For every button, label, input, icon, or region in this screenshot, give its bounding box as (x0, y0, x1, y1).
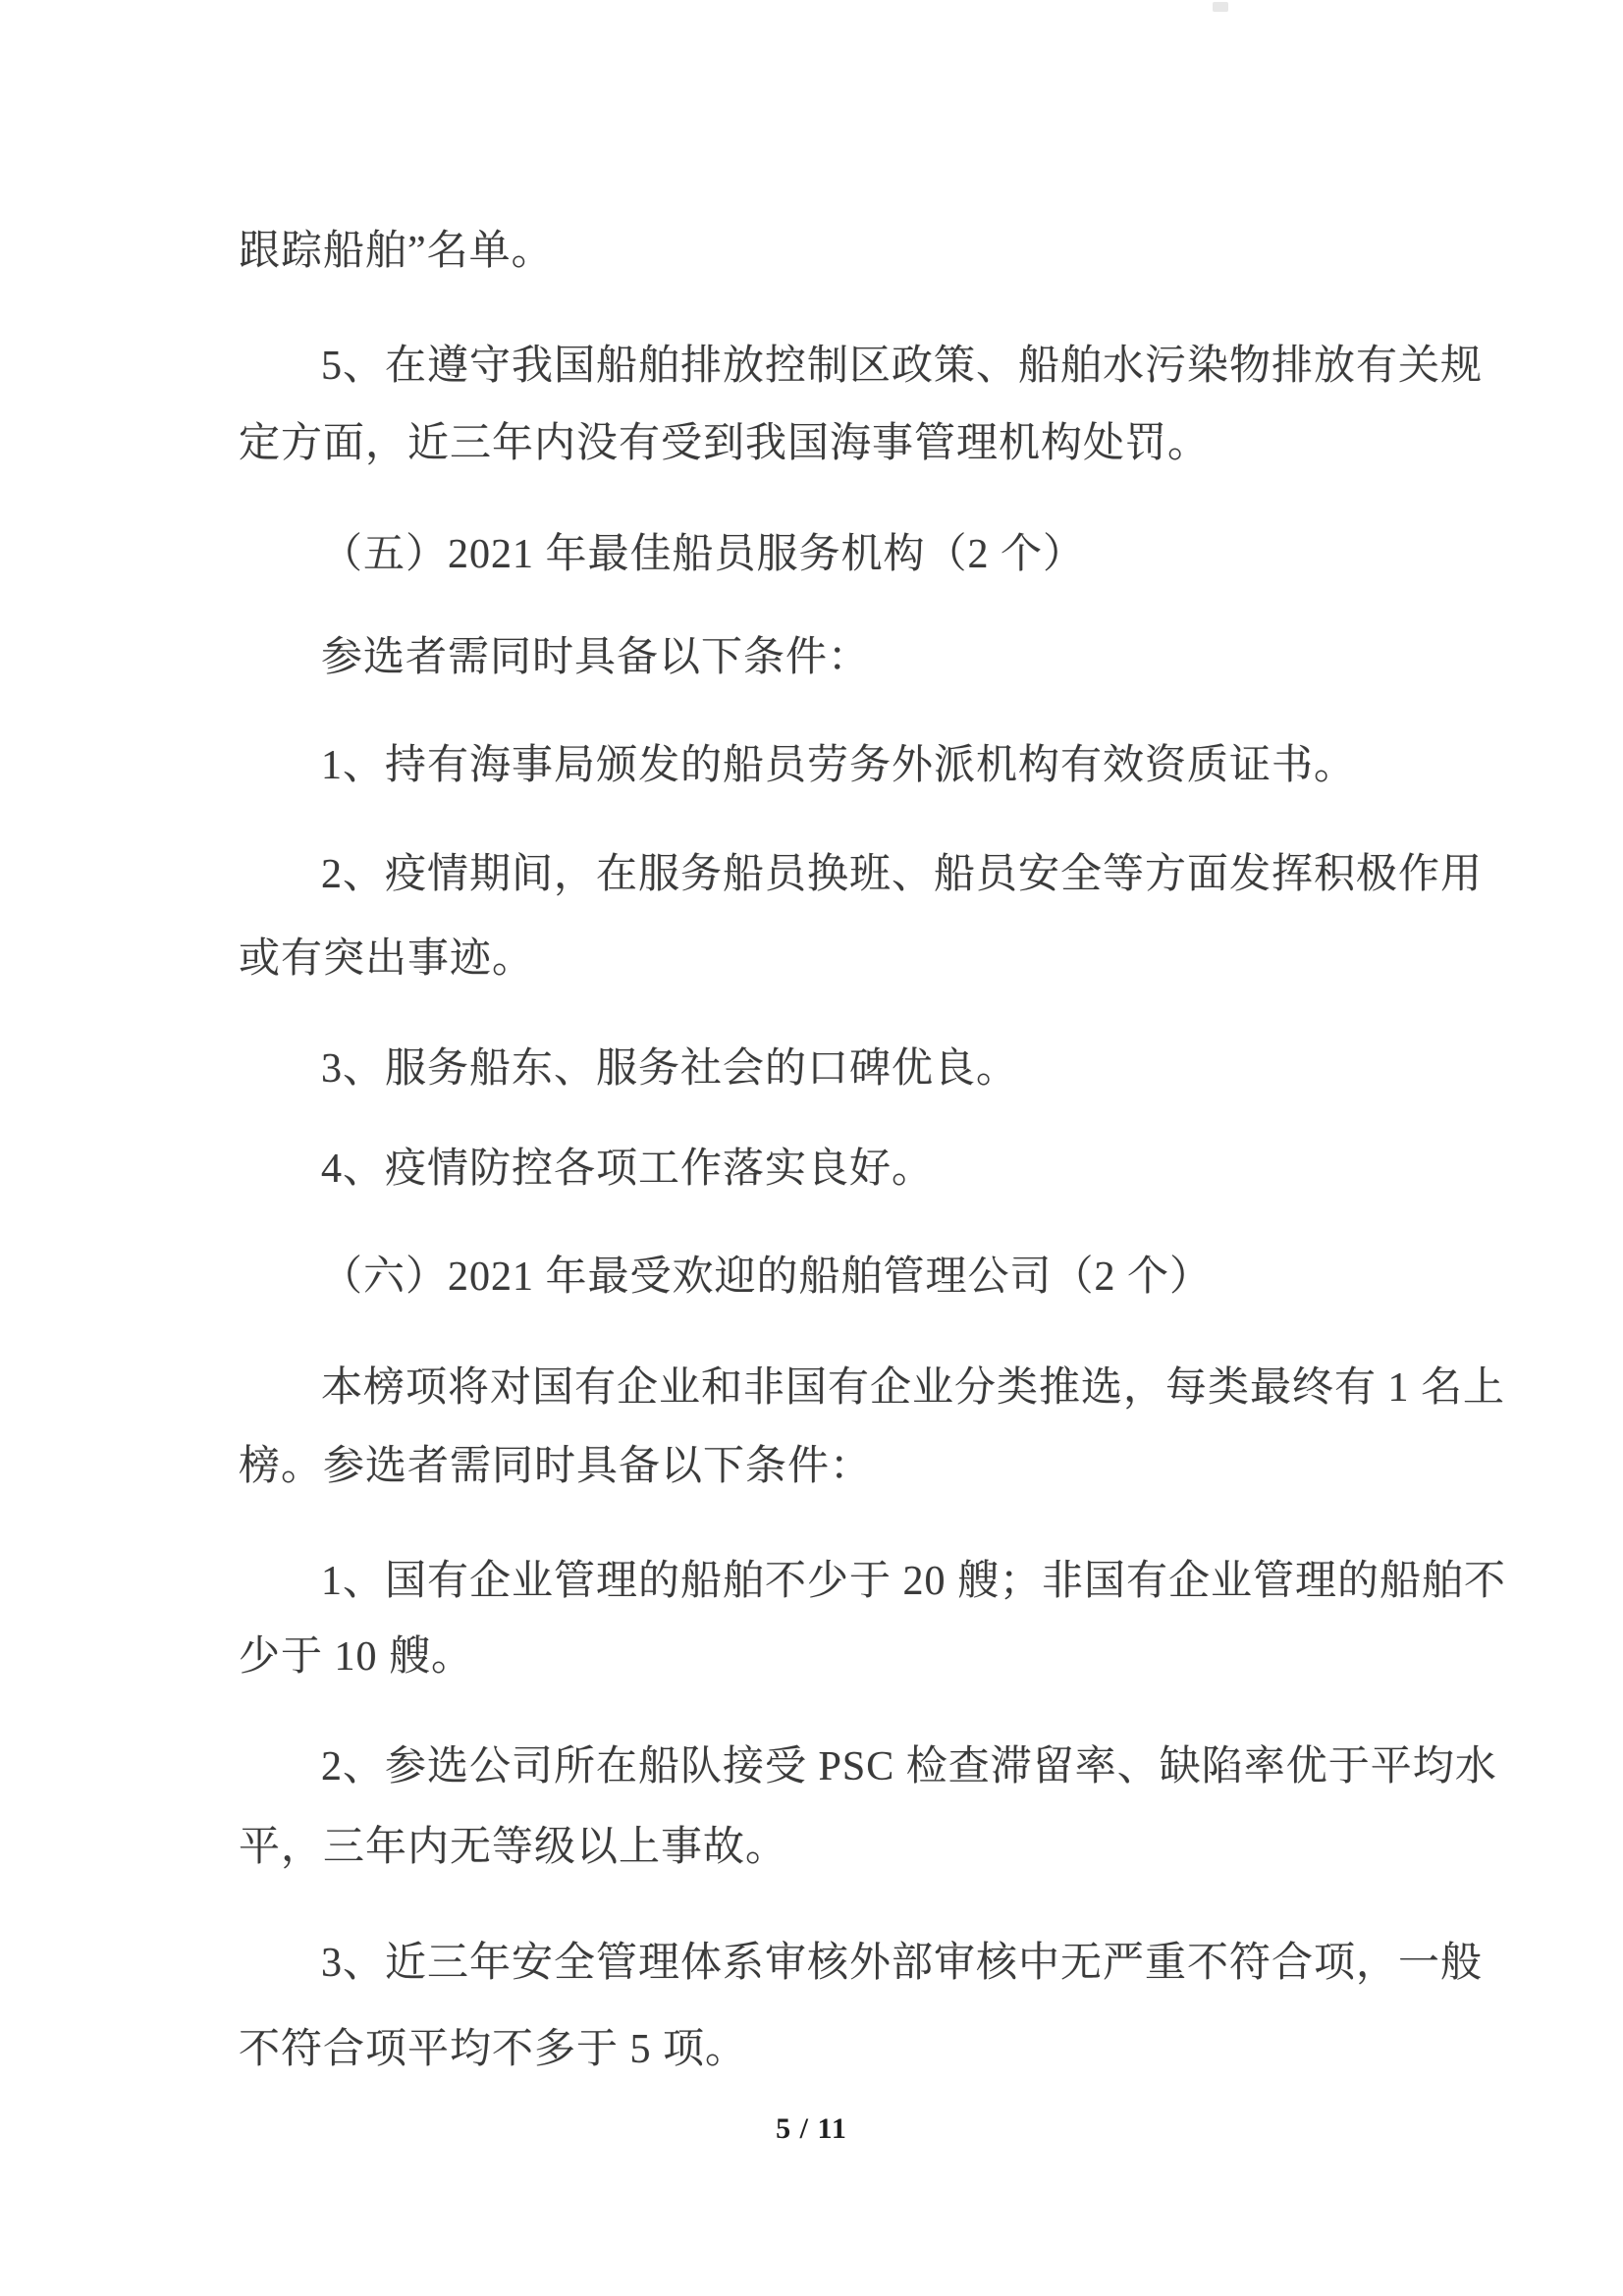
paragraph-line: 2、疫情期间，在服务船员换班、船员安全等方面发挥积极作用 (239, 845, 1489, 904)
paragraph-line: 1、持有海事局颁发的船员劳务外派机构有效资质证书。 (239, 736, 1489, 795)
paragraph-line: 3、近三年安全管理体系审核外部审核中无严重不符合项，一般 (239, 1934, 1489, 1993)
paragraph-line: 跟踪船舶”名单。 (239, 222, 1407, 281)
paragraph-line: 少于 10 艘。 (239, 1628, 1407, 1686)
paragraph-line: 1、国有企业管理的船舶不少于 20 艘；非国有企业管理的船舶不 (239, 1552, 1489, 1611)
paragraph-line: 本榜项将对国有企业和非国有企业分类推选，每类最终有 1 名上 (239, 1359, 1489, 1417)
document-page: 跟踪船舶”名单。 5、在遵守我国船舶排放控制区政策、船舶水污染物排放有关规 定方… (0, 0, 1623, 2296)
paragraph-line: 4、疫情防控各项工作落实良好。 (239, 1140, 1489, 1199)
paragraph-line: 2、参选公司所在船队接受 PSC 检查滞留率、缺陷率优于平均水 (239, 1737, 1489, 1796)
paragraph-line: 或有突出事迹。 (239, 930, 1407, 988)
scan-artifact (1213, 2, 1228, 12)
paragraph-line: 3、服务船东、服务社会的口碑优良。 (239, 1040, 1489, 1098)
paragraph-line: 不符合项平均不多于 5 项。 (239, 2020, 1407, 2079)
paragraph-line: 5、在遵守我国船舶排放控制区政策、船舶水污染物排放有关规 (239, 337, 1489, 396)
page-number: 5 / 11 (0, 2112, 1623, 2146)
paragraph-line: 定方面，近三年内没有受到我国海事管理机构处罚。 (239, 414, 1407, 473)
paragraph-line: 榜。参选者需同时具备以下条件： (239, 1437, 1407, 1496)
section-heading: （六）2021 年最受欢迎的船舶管理公司（2 个） (239, 1248, 1489, 1307)
section-heading: （五）2021 年最佳船员服务机构（2 个） (239, 525, 1489, 584)
paragraph-line: 参选者需同时具备以下条件： (239, 628, 1489, 687)
paragraph-line: 平，三年内无等级以上事故。 (239, 1818, 1407, 1877)
